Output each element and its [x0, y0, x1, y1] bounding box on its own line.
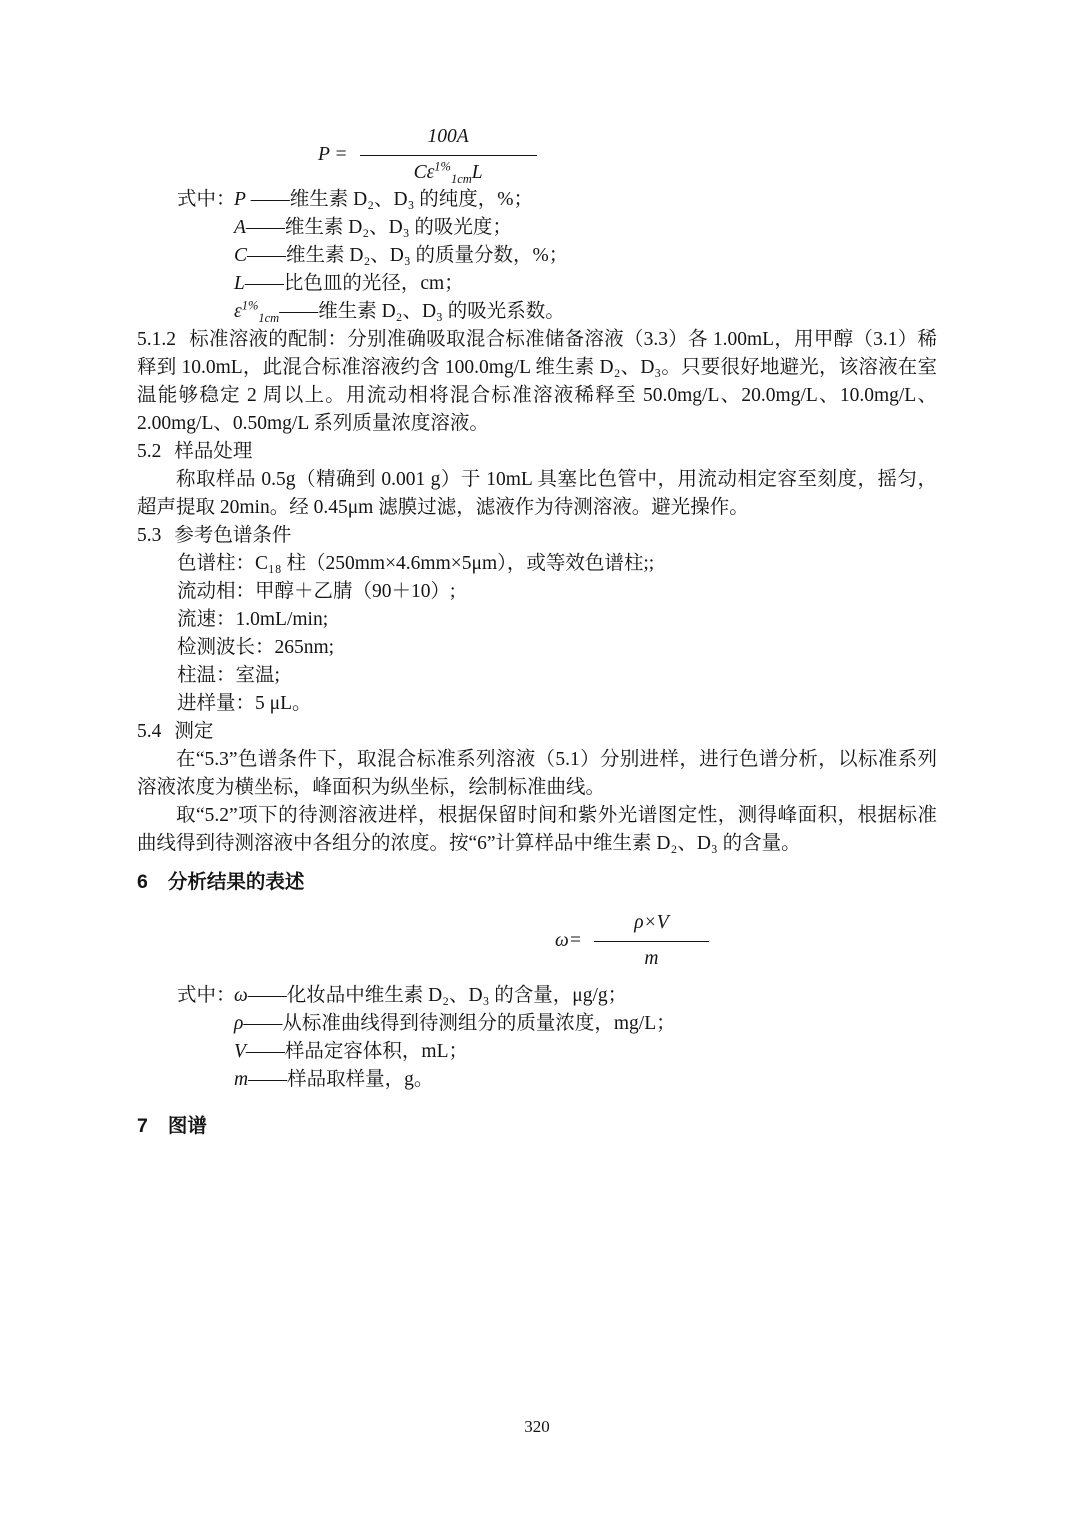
heading-7: 7图谱: [137, 1112, 937, 1140]
formula2-numerator: ρ×V: [594, 909, 709, 942]
definition-variable: ρ: [234, 1013, 243, 1034]
condition-line: 柱温：室温;: [137, 662, 937, 690]
section-title: 参考色谱条件: [174, 525, 291, 546]
section-number: 7: [137, 1115, 148, 1137]
definition-prefix: 式中：: [177, 982, 234, 1010]
definition-row: ε1%1cm——维生素 D₂、D₃ 的吸光系数。: [137, 298, 937, 326]
definition-dash: ——: [246, 217, 285, 238]
definition-variable: C: [234, 245, 247, 266]
definition-row: C——维生素 D₂、D₃ 的质量分数，%；: [137, 242, 937, 270]
section-title: 测定: [174, 721, 213, 742]
formula1-numerator: 100A: [360, 123, 537, 156]
definition-dash: ——: [245, 273, 284, 294]
paragraph-5-1-2: 5.1.2标准溶液的配制：分别准确吸取混合标准储备溶液（3.3）各 1.00mL…: [137, 326, 937, 438]
formula1-den-base: Cε: [414, 162, 435, 183]
definition-variable-superscript: 1%: [242, 299, 259, 313]
definition-text: 样品定容体积，mL；: [285, 1041, 468, 1062]
definition-variable-subscript: 1cm: [258, 311, 279, 325]
definition-row: L——比色皿的光径，cm；: [137, 270, 937, 298]
definition-text: 维生素 D₂、D₃ 的质量分数，%；: [286, 245, 568, 266]
section-number: 6: [137, 871, 148, 893]
definition-variable: m: [234, 1069, 248, 1090]
condition-line: 检测波长：265nm;: [137, 634, 937, 662]
paragraph-5-2: 称取样品 0.5g（精确到 0.001 g）于 10mL 具塞比色管中，用流动相…: [137, 466, 937, 522]
heading-6: 6分析结果的表述: [137, 868, 937, 896]
definition-text: 维生素 D₂、D₃ 的吸光系数。: [318, 301, 565, 322]
condition-line: 流速：1.0mL/min;: [137, 606, 937, 634]
formula1-definitions: 式中：P ——维生素 D₂、D₃ 的纯度，%； A——维生素 D₂、D₃ 的吸光…: [137, 186, 937, 326]
condition-line: 流动相：甲醇＋乙腈（90＋10）;: [137, 578, 937, 606]
section-number: 5.4: [137, 721, 161, 742]
definition-row: 式中：P ——维生素 D₂、D₃ 的纯度，%；: [137, 186, 937, 214]
definition-variable: V: [234, 1041, 246, 1062]
page-content: P = 100A Cε1%1cmL 式中：P ——维生素 D₂、D₃ 的纯度，%…: [137, 124, 937, 1140]
section-number: 5.2: [137, 441, 161, 462]
definition-dash: ——: [248, 985, 287, 1006]
definition-variable: P: [234, 189, 246, 210]
definition-dash: ——: [246, 1041, 285, 1062]
definition-dash: ——: [246, 189, 290, 210]
paragraph-text: 在“5.3”色谱条件下，取混合标准系列溶液（5.1）分别进样，进行色谱分析，以标…: [137, 749, 937, 798]
definition-dash: ——: [248, 1069, 287, 1090]
formula1-lhs: P =: [318, 141, 348, 169]
definition-row: 式中：ω——化妆品中维生素 D₂、D₃ 的含量，μg/g；: [137, 982, 937, 1010]
definition-dash: ——: [247, 245, 286, 266]
paragraph-5-4-b: 取“5.2”项下的待测溶液进样，根据保留时间和紫外光谱图定性，测得峰面积，根据标…: [137, 802, 937, 858]
formula2-denominator: m: [594, 942, 709, 973]
formula2-definitions: 式中：ω——化妆品中维生素 D₂、D₃ 的含量，μg/g； ρ——从标准曲线得到…: [137, 982, 937, 1094]
definition-text: 比色皿的光径，cm；: [284, 273, 464, 294]
definition-text: 维生素 D₂、D₃ 的纯度，%；: [290, 189, 533, 210]
formula1-fraction: 100A Cε1%1cmL: [360, 123, 537, 187]
definition-prefix: 式中：: [177, 186, 234, 214]
definition-variable: ω: [234, 985, 248, 1006]
heading-5-4: 5.4测定: [137, 718, 937, 746]
condition-line: 色谱柱：C₁₈ 柱（250mm×4.6mm×5μm），或等效色谱柱;;: [137, 550, 937, 578]
definition-row: ρ——从标准曲线得到待测组分的质量浓度，mg/L；: [137, 1010, 937, 1038]
page-number: 320: [0, 1417, 1074, 1437]
section-number: 5.1.2: [137, 329, 176, 350]
section-number: 5.3: [137, 525, 161, 546]
formula2-lhs: ω=: [555, 927, 582, 955]
content-formula: ω= ρ×V m: [555, 910, 937, 972]
chromatography-conditions: 色谱柱：C₁₈ 柱（250mm×4.6mm×5μm），或等效色谱柱;; 流动相：…: [137, 550, 937, 718]
formula1-den-subscript: 1cm: [451, 172, 472, 186]
definition-variable: ε: [234, 301, 242, 322]
definition-text: 化妆品中维生素 D₂、D₃ 的含量，μg/g；: [287, 985, 627, 1006]
purity-formula: P = 100A Cε1%1cmL: [318, 124, 937, 186]
section-title: 图谱: [168, 1115, 207, 1137]
definition-row: V——样品定容体积，mL；: [137, 1038, 937, 1066]
formula1-den-tail: L: [472, 162, 483, 183]
definition-row: m——样品取样量，g。: [137, 1066, 937, 1094]
paragraph-text: 取“5.2”项下的待测溶液进样，根据保留时间和紫外光谱图定性，测得峰面积，根据标…: [137, 805, 937, 854]
heading-5-2: 5.2样品处理: [137, 438, 937, 466]
definition-dash: ——: [243, 1013, 282, 1034]
definition-text: 维生素 D₂、D₃ 的吸光度；: [285, 217, 512, 238]
paragraph-text: 称取样品 0.5g（精确到 0.001 g）于 10mL 具塞比色管中，用流动相…: [137, 469, 937, 518]
definition-variable: L: [234, 273, 245, 294]
heading-5-3: 5.3参考色谱条件: [137, 522, 937, 550]
condition-line: 进样量：5 μL。: [137, 690, 937, 718]
formula2-fraction: ρ×V m: [594, 909, 709, 973]
definition-dash: ——: [279, 301, 318, 322]
formula1-den-superscript: 1%: [434, 160, 451, 174]
paragraph-5-4-a: 在“5.3”色谱条件下，取混合标准系列溶液（5.1）分别进样，进行色谱分析，以标…: [137, 746, 937, 802]
paragraph-text: 标准溶液的配制：分别准确吸取混合标准储备溶液（3.3）各 1.00mL，用甲醇（…: [137, 329, 937, 434]
definition-text: 样品取样量，g。: [287, 1069, 433, 1090]
document-page: P = 100A Cε1%1cmL 式中：P ——维生素 D₂、D₃ 的纯度，%…: [0, 0, 1074, 1520]
definition-row: A——维生素 D₂、D₃ 的吸光度；: [137, 214, 937, 242]
section-title: 分析结果的表述: [168, 871, 305, 893]
definition-text: 从标准曲线得到待测组分的质量浓度，mg/L；: [282, 1013, 675, 1034]
definition-variable: A: [234, 217, 246, 238]
formula1-denominator: Cε1%1cmL: [360, 156, 537, 187]
section-title: 样品处理: [174, 441, 252, 462]
